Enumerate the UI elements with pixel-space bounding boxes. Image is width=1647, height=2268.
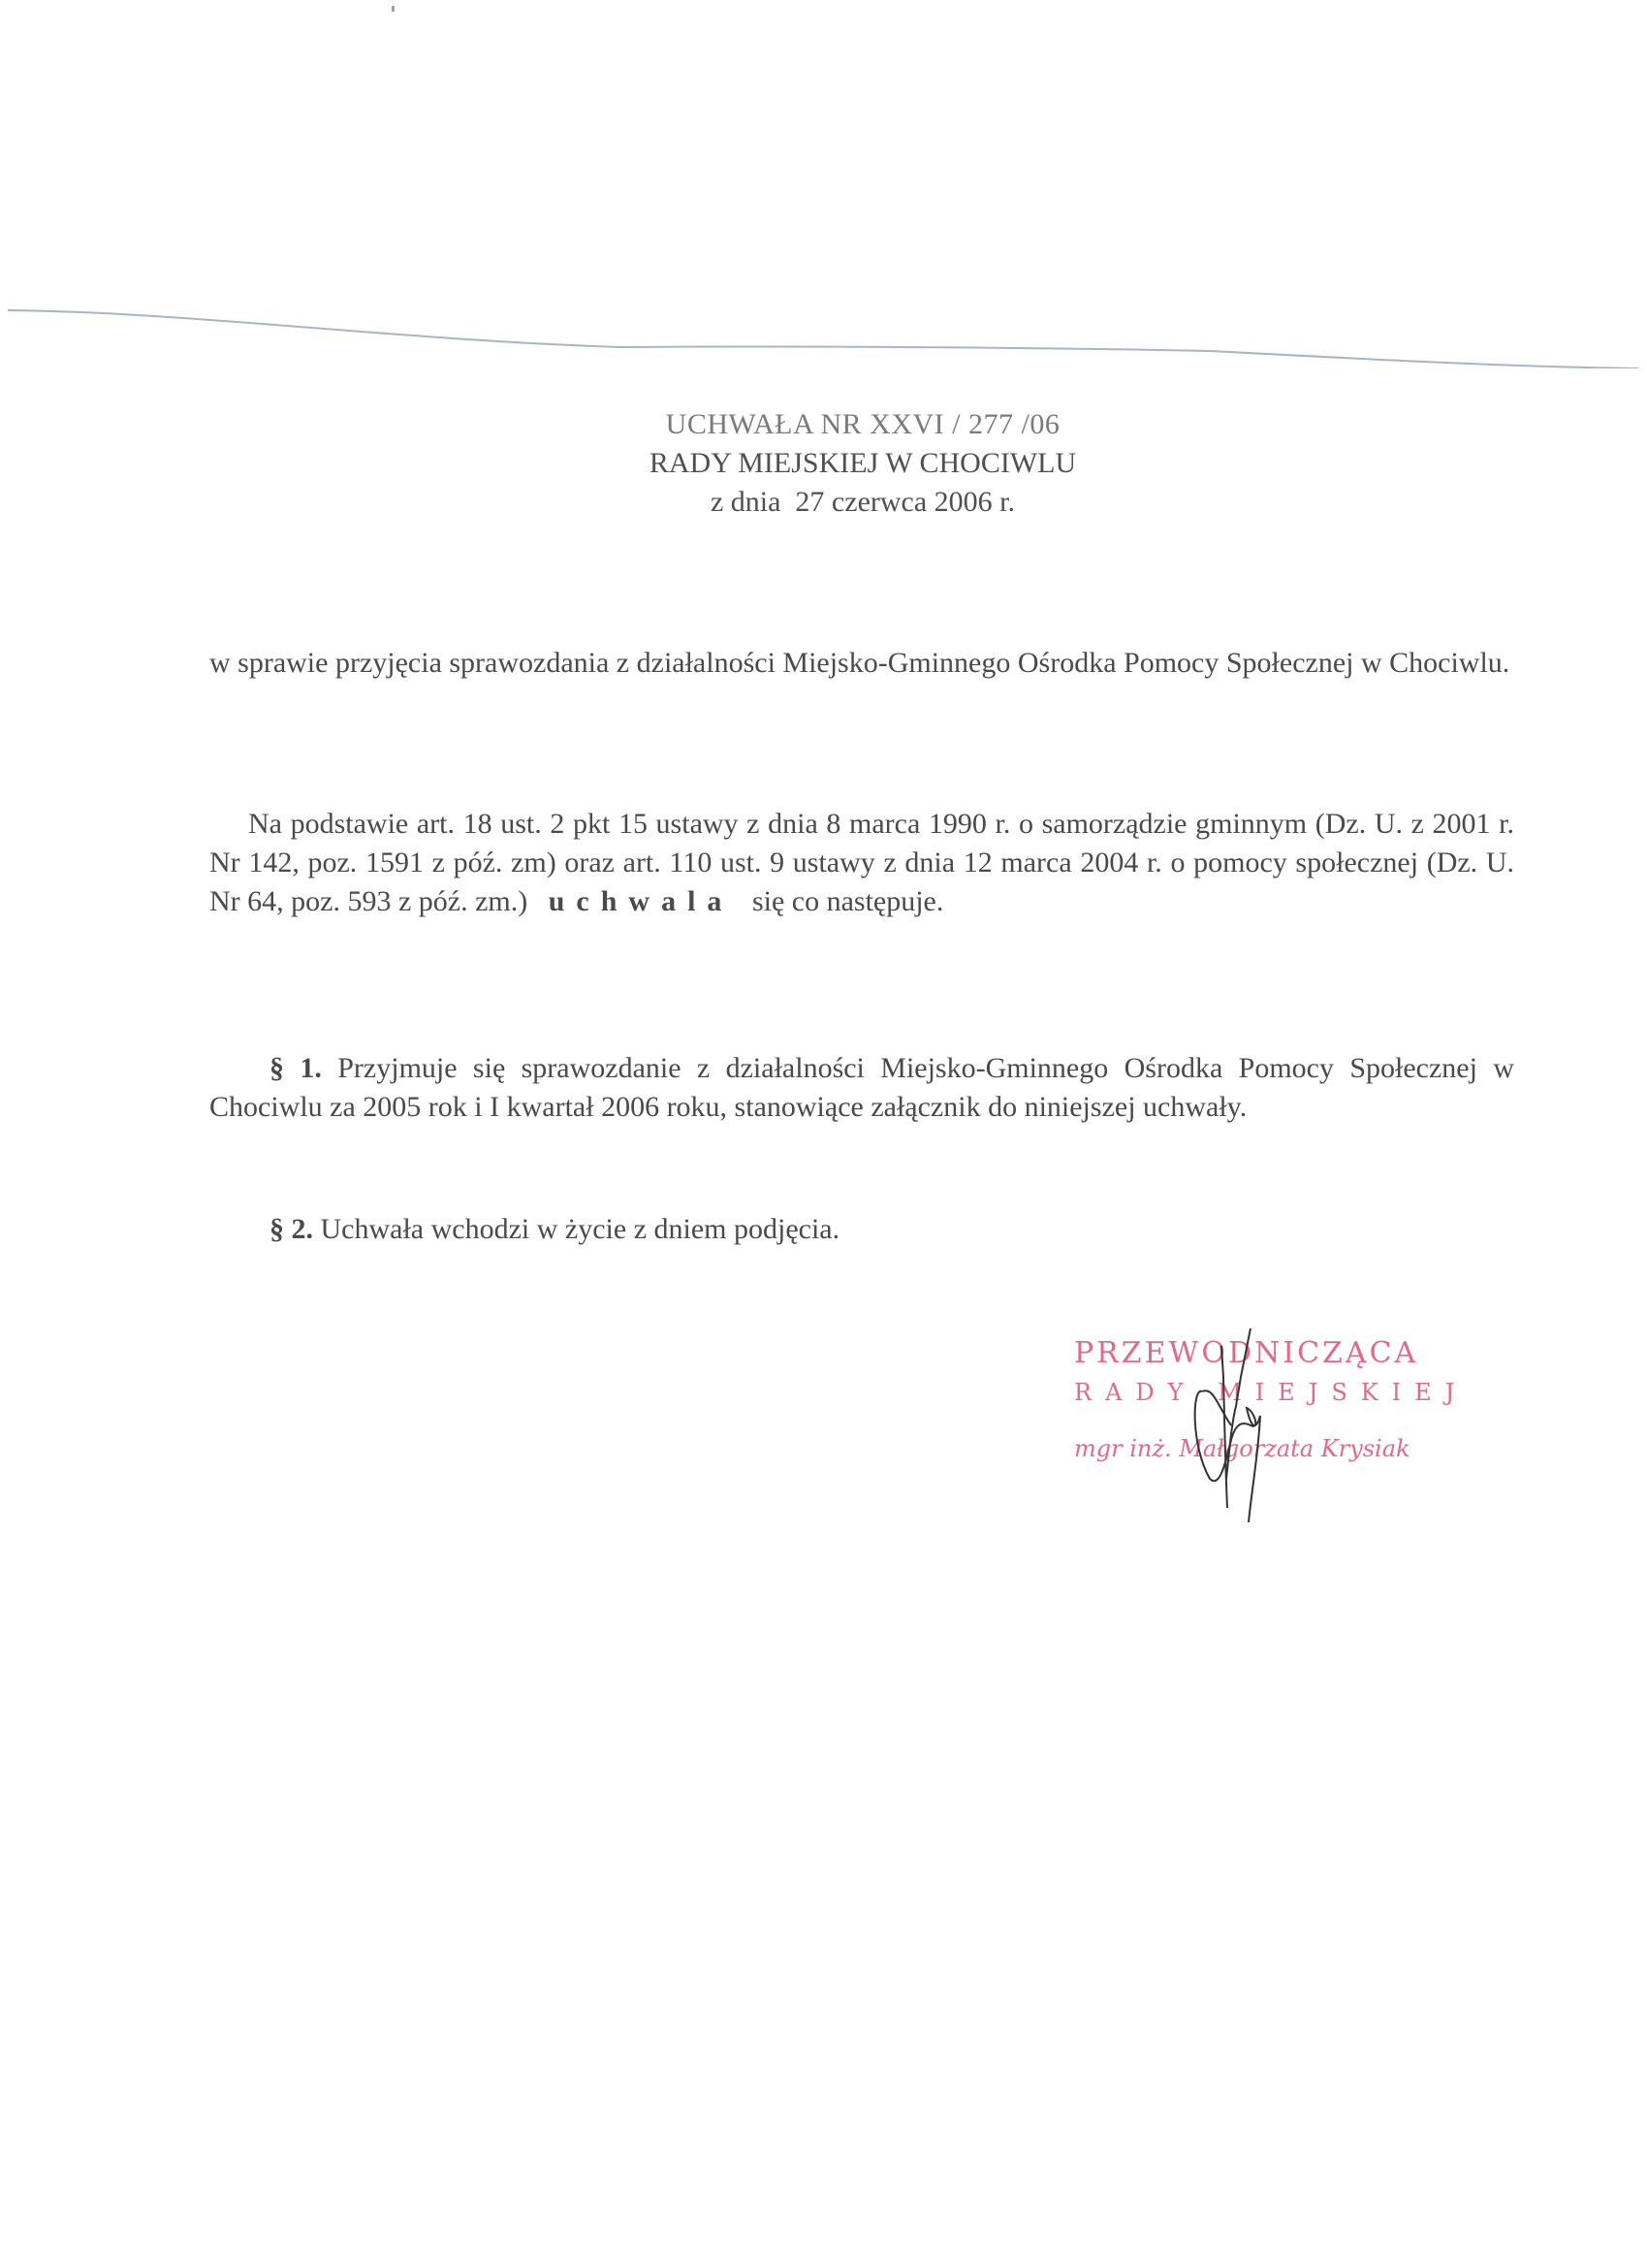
paragraph-1: § 1. Przyjmuje się sprawozdanie z działa… bbox=[209, 1049, 1514, 1127]
resolution-number: UCHWAŁA NR XXVI / 277 /06 bbox=[0, 405, 1647, 444]
scan-line-artifact bbox=[0, 291, 1647, 368]
paragraph-text: Uchwała wchodzi w życie z dniem podjęcia… bbox=[321, 1213, 840, 1245]
paragraph-number: § 1. bbox=[269, 1052, 322, 1084]
scan-speck bbox=[392, 6, 395, 12]
resolves-word: uchwala bbox=[549, 885, 734, 917]
legal-basis-ending: się co następuje. bbox=[752, 885, 943, 917]
legal-basis: Na podstawie art. 18 ust. 2 pkt 15 ustaw… bbox=[209, 805, 1514, 921]
resolution-date: z dnia 27 czerwca 2006 r. bbox=[0, 483, 1647, 522]
handwritten-signature bbox=[1192, 1319, 1309, 1522]
resolution-heading: UCHWAŁA NR XXVI / 277 /06 RADY MIEJSKIEJ… bbox=[0, 405, 1647, 522]
paragraph-2: § 2. Uchwała wchodzi w życie z dniem pod… bbox=[209, 1210, 1514, 1249]
paragraph-text: Przyjmuje się sprawozdanie z działalnośc… bbox=[209, 1052, 1514, 1123]
resolution-subject: w sprawie przyjęcia sprawozdania z dział… bbox=[209, 644, 1514, 683]
issuing-body: RADY MIEJSKIEJ W CHOCIWLU bbox=[0, 444, 1647, 483]
paragraph-number: § 2. bbox=[269, 1213, 313, 1245]
